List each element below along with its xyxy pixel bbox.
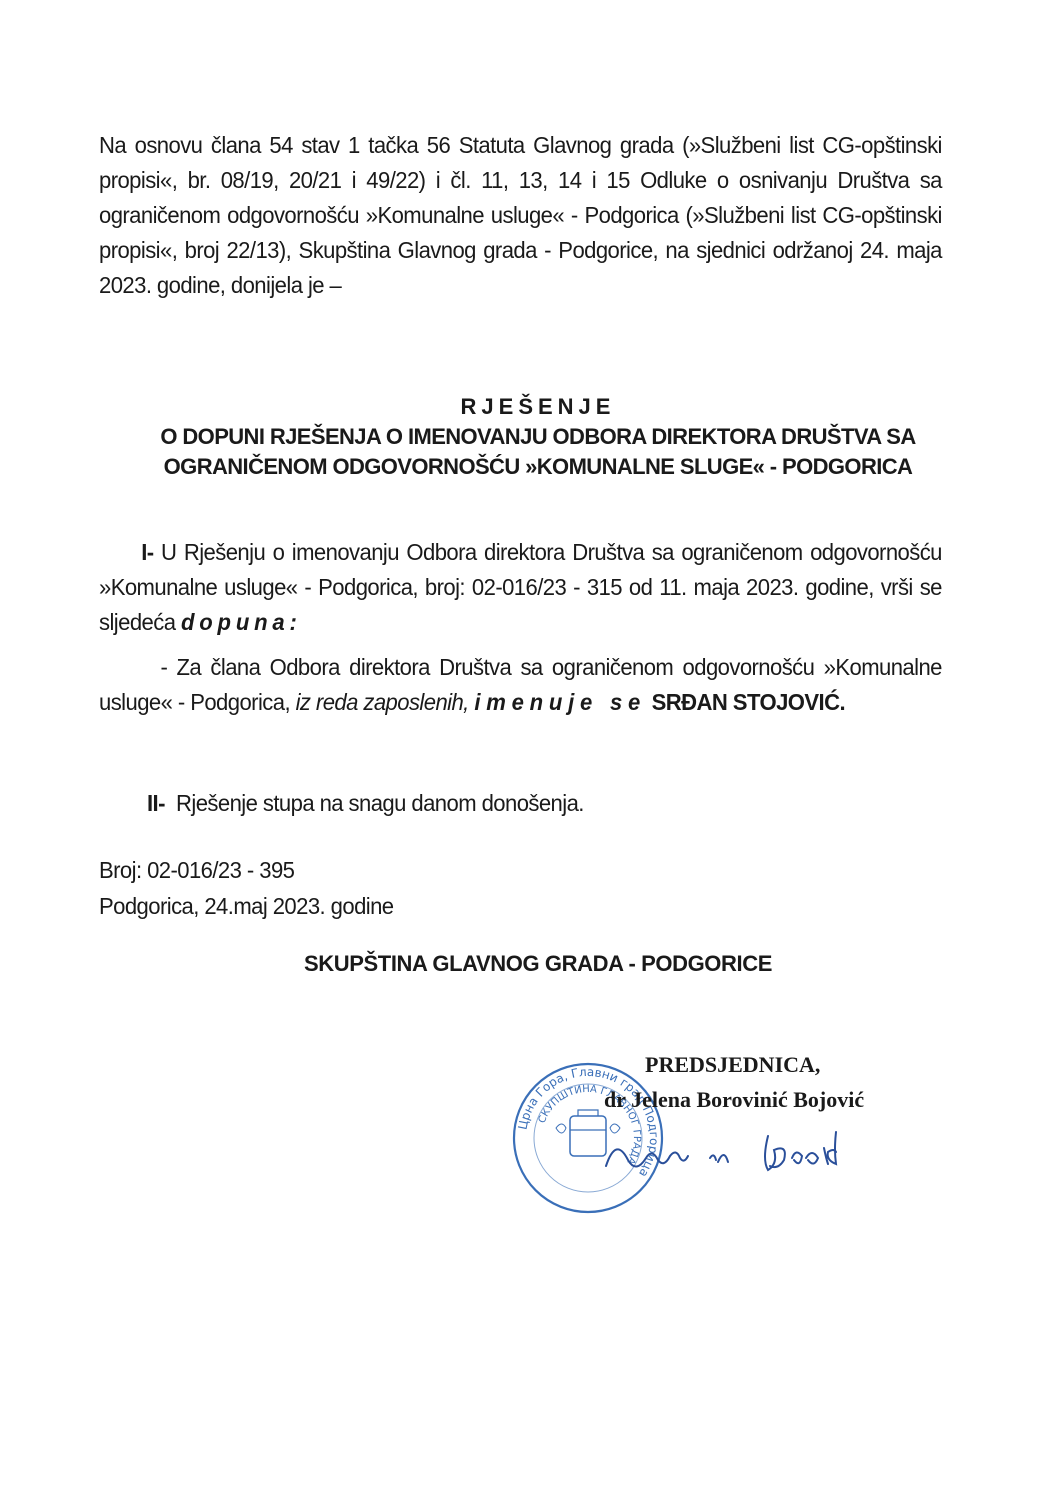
title-block: RJEŠENJE O DOPUNI RJEŠENJA O IMENOVANJU … [99,392,977,482]
sub-item-italic: iz reda zaposlenih, [296,689,469,715]
item-1: I- U Rješenju o imenovanju Odbora direkt… [99,535,942,640]
signatory-title: PREDSJEDNICA, [645,1052,820,1078]
sub-item-emphasis: imenuje se [474,689,646,715]
item-2-text: Rješenje stupa na snagu danom donošenja. [176,790,584,816]
intro-paragraph: Na osnovu člana 54 stav 1 tačka 56 Statu… [99,128,942,303]
signatory-name: dr Jelena Borovinić Bojović [604,1087,864,1113]
place-date: Podgorica, 24.maj 2023. godine [99,888,394,924]
document-number: Broj: 02-016/23 - 395 [99,852,394,888]
assembly-name: SKUPŠTINA GLAVNOG GRADA - PODGORICE [99,951,977,977]
item-2: II- Rješenje stupa na snagu danom donoše… [99,786,942,821]
document-subtitle-line1: O DOPUNI RJEŠENJA O IMENOVANJU ODBORA DI… [99,422,977,452]
item-1-emphasis: dopuna: [181,609,302,635]
item-2-numeral: II- [147,790,165,816]
appointee-name: SRĐAN STOJOVIĆ. [652,689,845,715]
document-page: Na osnovu člana 54 stav 1 tačka 56 Statu… [0,0,1058,1497]
sub-item: - Za člana Odbora direktora Društva sa o… [99,650,942,720]
document-meta: Broj: 02-016/23 - 395 Podgorica, 24.maj … [99,852,394,924]
document-title: RJEŠENJE [99,392,977,422]
signature-icon [600,1118,880,1188]
document-subtitle-line2: OGRANIČENOM ODGOVORNOŠĆU »KOMUNALNE SLUG… [99,452,977,482]
item-1-numeral: I- [141,539,153,565]
